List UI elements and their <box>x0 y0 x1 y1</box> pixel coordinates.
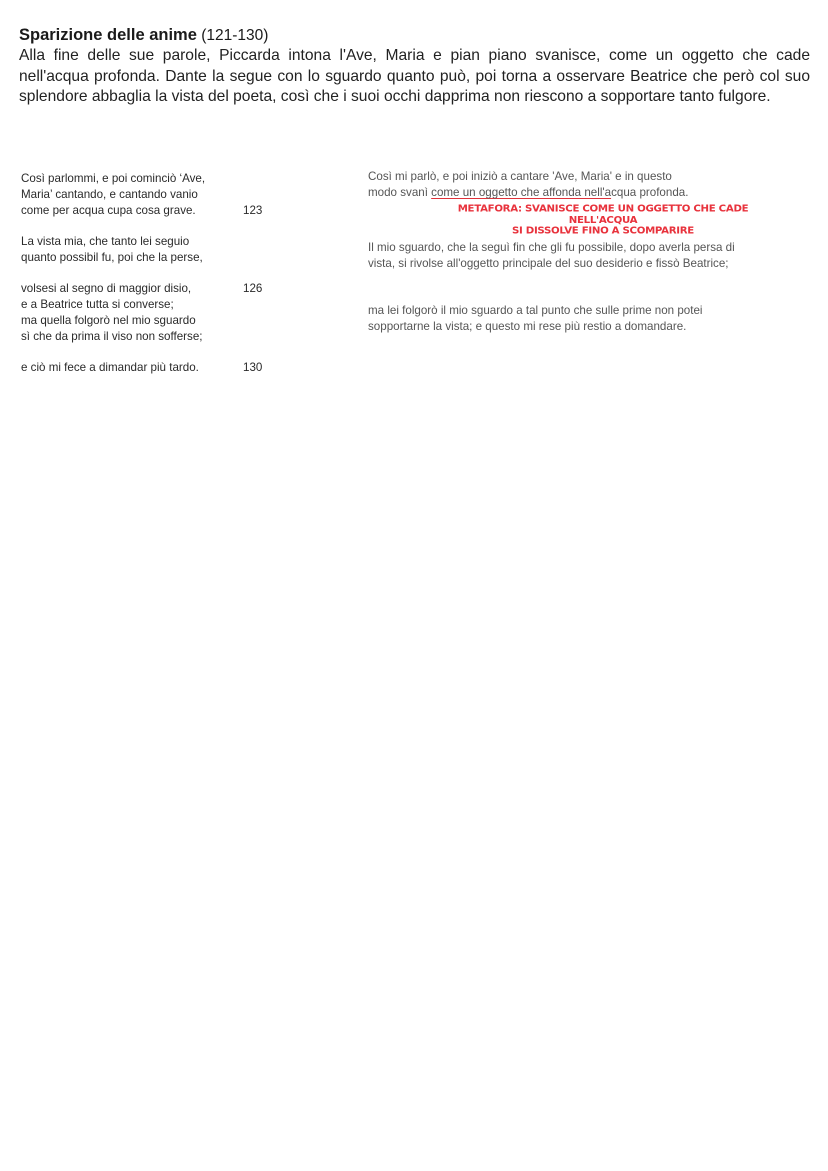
paragraph-spacer <box>368 272 738 303</box>
stanza: La vista mia, che tanto lei seguioquanto… <box>21 234 281 266</box>
stanza-gap <box>21 219 281 234</box>
verse-line: La vista mia, che tanto lei seguio <box>21 234 281 250</box>
stanza: e ciò mi fece a dimandar più tardo.130 <box>21 360 281 376</box>
verse-text: sì che da prima il viso non sofferse; <box>21 330 203 343</box>
annotation-line: SI DISSOLVE FINO A SCOMPARIRE <box>438 226 768 237</box>
paraphrase-text: cqua profonda. <box>611 186 688 199</box>
paraphrase-column: Così mi parlò, e poi iniziò a cantare 'A… <box>368 169 738 335</box>
paraphrase-paragraph-2: Il mio sguardo, che la seguì fin che gli… <box>368 240 738 272</box>
verse-line: e ciò mi fece a dimandar più tardo.130 <box>21 360 281 376</box>
stanza-gap <box>21 266 281 281</box>
verse-line: sì che da prima il viso non sofferse; <box>21 329 281 345</box>
original-verses: Così parlommi, e poi cominciò ‘Ave,Maria… <box>21 171 281 376</box>
verse-text: come per acqua cupa cosa grave. <box>21 204 196 217</box>
verse-text: Così parlommi, e poi cominciò ‘Ave, <box>21 172 205 185</box>
verse-line: quanto possibil fu, poi che la perse, <box>21 250 281 266</box>
verse-text: ma quella folgorò nel mio sguardo <box>21 314 196 327</box>
verse-text: Maria’ cantando, e cantando vanio <box>21 188 198 201</box>
verse-line: Maria’ cantando, e cantando vanio <box>21 187 281 203</box>
paraphrase-paragraph-3: ma lei folgorò il mio sguardo a tal punt… <box>368 303 738 335</box>
section-summary: Alla fine delle sue parole, Piccarda int… <box>19 46 810 108</box>
verse-line: e a Beatrice tutta si converse; <box>21 297 281 313</box>
stanza: volsesi al segno di maggior disio,126e a… <box>21 281 281 345</box>
paraphrase-paragraph-1: Così mi parlò, e poi iniziò a cantare 'A… <box>368 169 738 201</box>
verse-line: volsesi al segno di maggior disio,126 <box>21 281 281 297</box>
paraphrase-text: Il mio sguardo, che la seguì fin che gli… <box>368 240 738 272</box>
verse-number: 123 <box>243 203 262 219</box>
handwritten-annotation: METAFORA: SVANISCE COME UN OGGETTO CHE C… <box>438 204 768 237</box>
stanza: Così parlommi, e poi cominciò ‘Ave,Maria… <box>21 171 281 219</box>
section-title: Sparizione delle anime <box>19 26 197 44</box>
verse-text: La vista mia, che tanto lei seguio <box>21 235 189 248</box>
stanza-gap <box>21 345 281 360</box>
paraphrase-text: ma lei folgorò il mio sguardo a tal punt… <box>368 303 738 335</box>
paraphrase-text: Così mi parlò, e poi iniziò a cantare 'A… <box>368 170 672 183</box>
section-title-line: Sparizione delle anime (121-130) <box>19 25 810 46</box>
annotation-line: METAFORA: SVANISCE COME UN OGGETTO CHE C… <box>438 204 768 226</box>
section-header: Sparizione delle anime (121-130) Alla fi… <box>19 25 810 108</box>
highlighted-phrase: come un oggetto che affonda nell'a <box>431 186 611 199</box>
verse-line: ma quella folgorò nel mio sguardo <box>21 313 281 329</box>
verse-range: (121-130) <box>201 27 268 44</box>
verse-text: volsesi al segno di maggior disio, <box>21 282 191 295</box>
verse-text: e ciò mi fece a dimandar più tardo. <box>21 361 199 374</box>
verse-number: 126 <box>243 281 262 297</box>
verse-number: 130 <box>243 360 262 376</box>
verse-text: quanto possibil fu, poi che la perse, <box>21 251 203 264</box>
verse-text: e a Beatrice tutta si converse; <box>21 298 174 311</box>
paraphrase-text: modo svanì <box>368 186 431 199</box>
verse-line: come per acqua cupa cosa grave.123 <box>21 203 281 219</box>
verse-line: Così parlommi, e poi cominciò ‘Ave, <box>21 171 281 187</box>
